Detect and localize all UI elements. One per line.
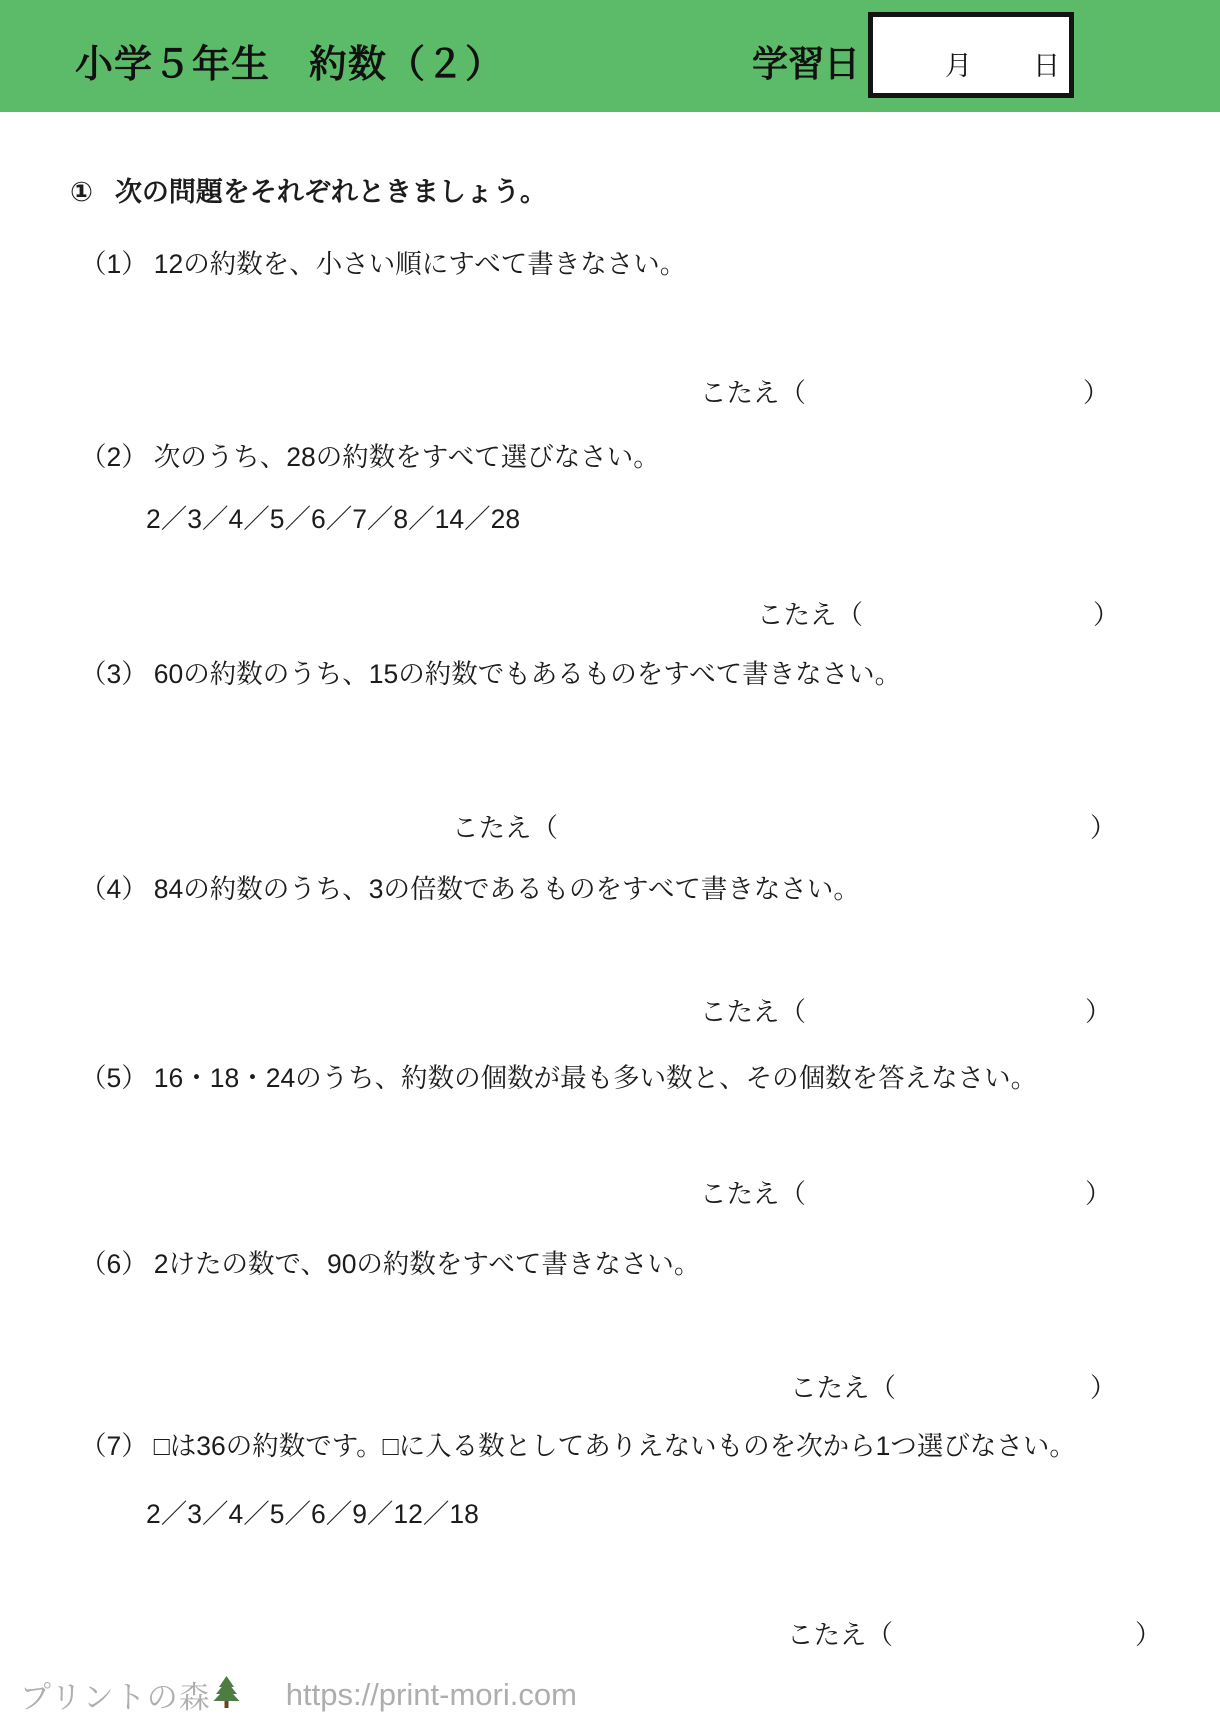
answer-5-label: こたえ（ (700, 1172, 806, 1211)
question-1-number: （1） (80, 249, 148, 279)
answer-2-label: こたえ（ (757, 593, 863, 632)
answer-7-label: こたえ（ (787, 1613, 893, 1652)
question-3-number: （3） (80, 659, 148, 689)
footer-url: https://print-mori.com (286, 1677, 577, 1713)
question-6-number: （6） (80, 1249, 148, 1279)
day-label: 日 (1033, 44, 1060, 83)
section-instruction: 次の問題をそれぞれときましょう。 (115, 177, 547, 207)
answer-4-label: こたえ（ (700, 990, 806, 1029)
answer-1-close-paren: ） (1083, 371, 1110, 410)
question-3: （3）60の約数のうち、15の約数でもあるものをすべて書きなさい。 (80, 652, 901, 691)
question-1-text: 12の約数を、小さい順にすべて書きなさい。 (154, 249, 686, 279)
answer-2-close-paren: ） (1093, 593, 1120, 632)
worksheet-page: 小学５年生 約数（２） 学習日 月 日 ①次の問題をそれぞれときましょう。 （1… (0, 0, 1220, 1730)
answer-5-close-paren: ） (1085, 1172, 1112, 1211)
section-heading: ①次の問題をそれぞれときましょう。 (70, 170, 547, 209)
question-2-options: 2／3／4／5／6／7／8／14／28 (146, 497, 520, 536)
tree-icon (213, 1676, 240, 1716)
footer-site-name: プリントの森 (20, 1672, 211, 1717)
section-number: ① (70, 177, 93, 207)
answer-3-close-paren: ） (1090, 806, 1117, 845)
answer-3-label: こたえ（ (452, 806, 558, 845)
question-5-number: （5） (80, 1063, 148, 1093)
question-6-text: 2けたの数で、90の約数をすべて書きなさい。 (154, 1249, 701, 1279)
header-band: 小学５年生 約数（２） 学習日 月 日 (0, 0, 1220, 112)
footer: プリントの森 https://print-mori.com (20, 1672, 577, 1717)
question-7-text: □は36の約数です。□に入る数としてありえないものを次から1つ選びなさい。 (154, 1431, 1076, 1461)
question-6: （6）2けたの数で、90の約数をすべて書きなさい。 (80, 1242, 700, 1281)
question-1: （1）12の約数を、小さい順にすべて書きなさい。 (80, 242, 686, 281)
study-date-label: 学習日 (752, 36, 860, 87)
date-entry-box: 月 日 (868, 12, 1074, 98)
answer-7-close-paren: ） (1135, 1613, 1162, 1652)
question-2-number: （2） (80, 442, 148, 472)
question-2: （2）次のうち、28の約数をすべて選びなさい。 (80, 435, 660, 474)
question-4-number: （4） (80, 874, 148, 904)
question-3-text: 60の約数のうち、15の約数でもあるものをすべて書きなさい。 (154, 659, 901, 689)
page-title: 小学５年生 約数（２） (75, 33, 504, 88)
question-2-text: 次のうち、28の約数をすべて選びなさい。 (154, 442, 660, 472)
question-4-text: 84の約数のうち、3の倍数であるものをすべて書きなさい。 (154, 874, 860, 904)
question-5-text: 16・18・24のうち、約数の個数が最も多い数と、その個数を答えなさい。 (154, 1063, 1037, 1093)
question-7: （7）□は36の約数です。□に入る数としてありえないものを次から1つ選びなさい。 (80, 1424, 1076, 1463)
answer-6-close-paren: ） (1090, 1366, 1117, 1405)
answer-1-label: こたえ（ (700, 371, 806, 410)
month-label: 月 (945, 44, 972, 83)
question-7-number: （7） (80, 1431, 148, 1461)
answer-6-label: こたえ（ (790, 1366, 896, 1405)
question-5: （5）16・18・24のうち、約数の個数が最も多い数と、その個数を答えなさい。 (80, 1056, 1037, 1095)
answer-4-close-paren: ） (1085, 990, 1112, 1029)
question-7-options: 2／3／4／5／6／9／12／18 (146, 1492, 479, 1531)
question-4: （4）84の約数のうち、3の倍数であるものをすべて書きなさい。 (80, 867, 860, 906)
